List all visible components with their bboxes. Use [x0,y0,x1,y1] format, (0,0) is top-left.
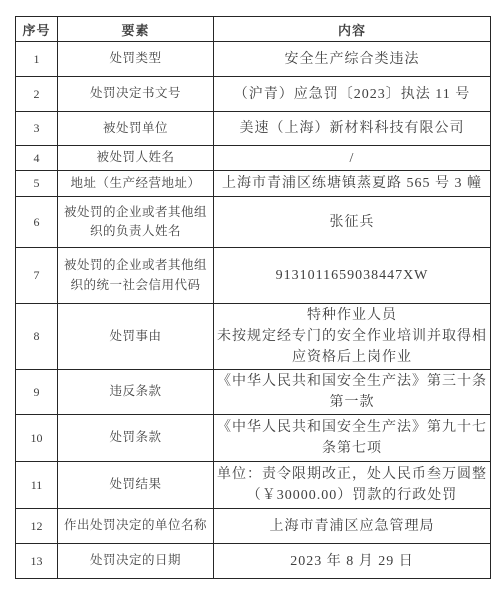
row-content: 2023 年 8 月 29 日 [214,544,491,579]
row-no: 12 [16,509,58,544]
table-row: 1 处罚类型 安全生产综合类违法 [16,42,491,77]
row-no: 3 [16,112,58,146]
row-content: 张征兵 [214,197,491,248]
row-content: 安全生产综合类违法 [214,42,491,77]
header-no: 序号 [16,17,58,42]
table-row: 11 处罚结果 单位：责令限期改正，处人民币叁万圆整（￥30000.00）罚款的… [16,462,491,509]
row-label: 地址（生产经营地址） [58,171,214,197]
row-label: 作出处罚决定的单位名称 [58,509,214,544]
row-content: 上海市青浦区应急管理局 [214,509,491,544]
table-header-row: 序号 要素 内容 [16,17,491,42]
row-content: 《中华人民共和国安全生产法》第三十条第一款 [214,370,491,415]
row-content: 上海市青浦区练塘镇蒸夏路 565 号 3 幢 [214,171,491,197]
row-content: 9131011659038447XW [214,248,491,304]
row-label: 被处罚人姓名 [58,146,214,171]
table-row: 4 被处罚人姓名 / [16,146,491,171]
row-label: 处罚类型 [58,42,214,77]
row-no: 9 [16,370,58,415]
row-no: 10 [16,415,58,462]
table-row: 12 作出处罚决定的单位名称 上海市青浦区应急管理局 [16,509,491,544]
row-content: （沪青）应急罚〔2023〕执法 11 号 [214,77,491,112]
row-content: 《中华人民共和国安全生产法》第九十七条第七项 [214,415,491,462]
row-label: 处罚结果 [58,462,214,509]
row-content: 单位：责令限期改正，处人民币叁万圆整（￥30000.00）罚款的行政处罚 [214,462,491,509]
header-content: 内容 [214,17,491,42]
row-no: 8 [16,304,58,370]
row-no: 4 [16,146,58,171]
row-no: 5 [16,171,58,197]
table-row: 3 被处罚单位 美速（上海）新材料科技有限公司 [16,112,491,146]
table-row: 10 处罚条款 《中华人民共和国安全生产法》第九十七条第七项 [16,415,491,462]
table-row: 13 处罚决定的日期 2023 年 8 月 29 日 [16,544,491,579]
table-row: 9 违反条款 《中华人民共和国安全生产法》第三十条第一款 [16,370,491,415]
row-label: 被处罚单位 [58,112,214,146]
row-label: 违反条款 [58,370,214,415]
row-content: / [214,146,491,171]
row-label: 处罚事由 [58,304,214,370]
row-no: 6 [16,197,58,248]
row-label: 被处罚的企业或者其他组织的负责人姓名 [58,197,214,248]
row-no: 1 [16,42,58,77]
row-content: 美速（上海）新材料科技有限公司 [214,112,491,146]
table-row: 8 处罚事由 特种作业人员 未按规定经专门的安全作业培训并取得相应资格后上岗作业 [16,304,491,370]
row-no: 13 [16,544,58,579]
row-label: 被处罚的企业或者其他组织的统一社会信用代码 [58,248,214,304]
table-row: 5 地址（生产经营地址） 上海市青浦区练塘镇蒸夏路 565 号 3 幢 [16,171,491,197]
table-row: 6 被处罚的企业或者其他组织的负责人姓名 张征兵 [16,197,491,248]
row-content: 特种作业人员 未按规定经专门的安全作业培训并取得相应资格后上岗作业 [214,304,491,370]
table-row: 2 处罚决定书文号 （沪青）应急罚〔2023〕执法 11 号 [16,77,491,112]
table-row: 7 被处罚的企业或者其他组织的统一社会信用代码 9131011659038447… [16,248,491,304]
row-label: 处罚条款 [58,415,214,462]
row-no: 11 [16,462,58,509]
row-label: 处罚决定书文号 [58,77,214,112]
penalty-info-table: 序号 要素 内容 1 处罚类型 安全生产综合类违法 2 处罚决定书文号 （沪青）… [15,16,491,579]
header-element: 要素 [58,17,214,42]
row-no: 2 [16,77,58,112]
row-no: 7 [16,248,58,304]
row-label: 处罚决定的日期 [58,544,214,579]
